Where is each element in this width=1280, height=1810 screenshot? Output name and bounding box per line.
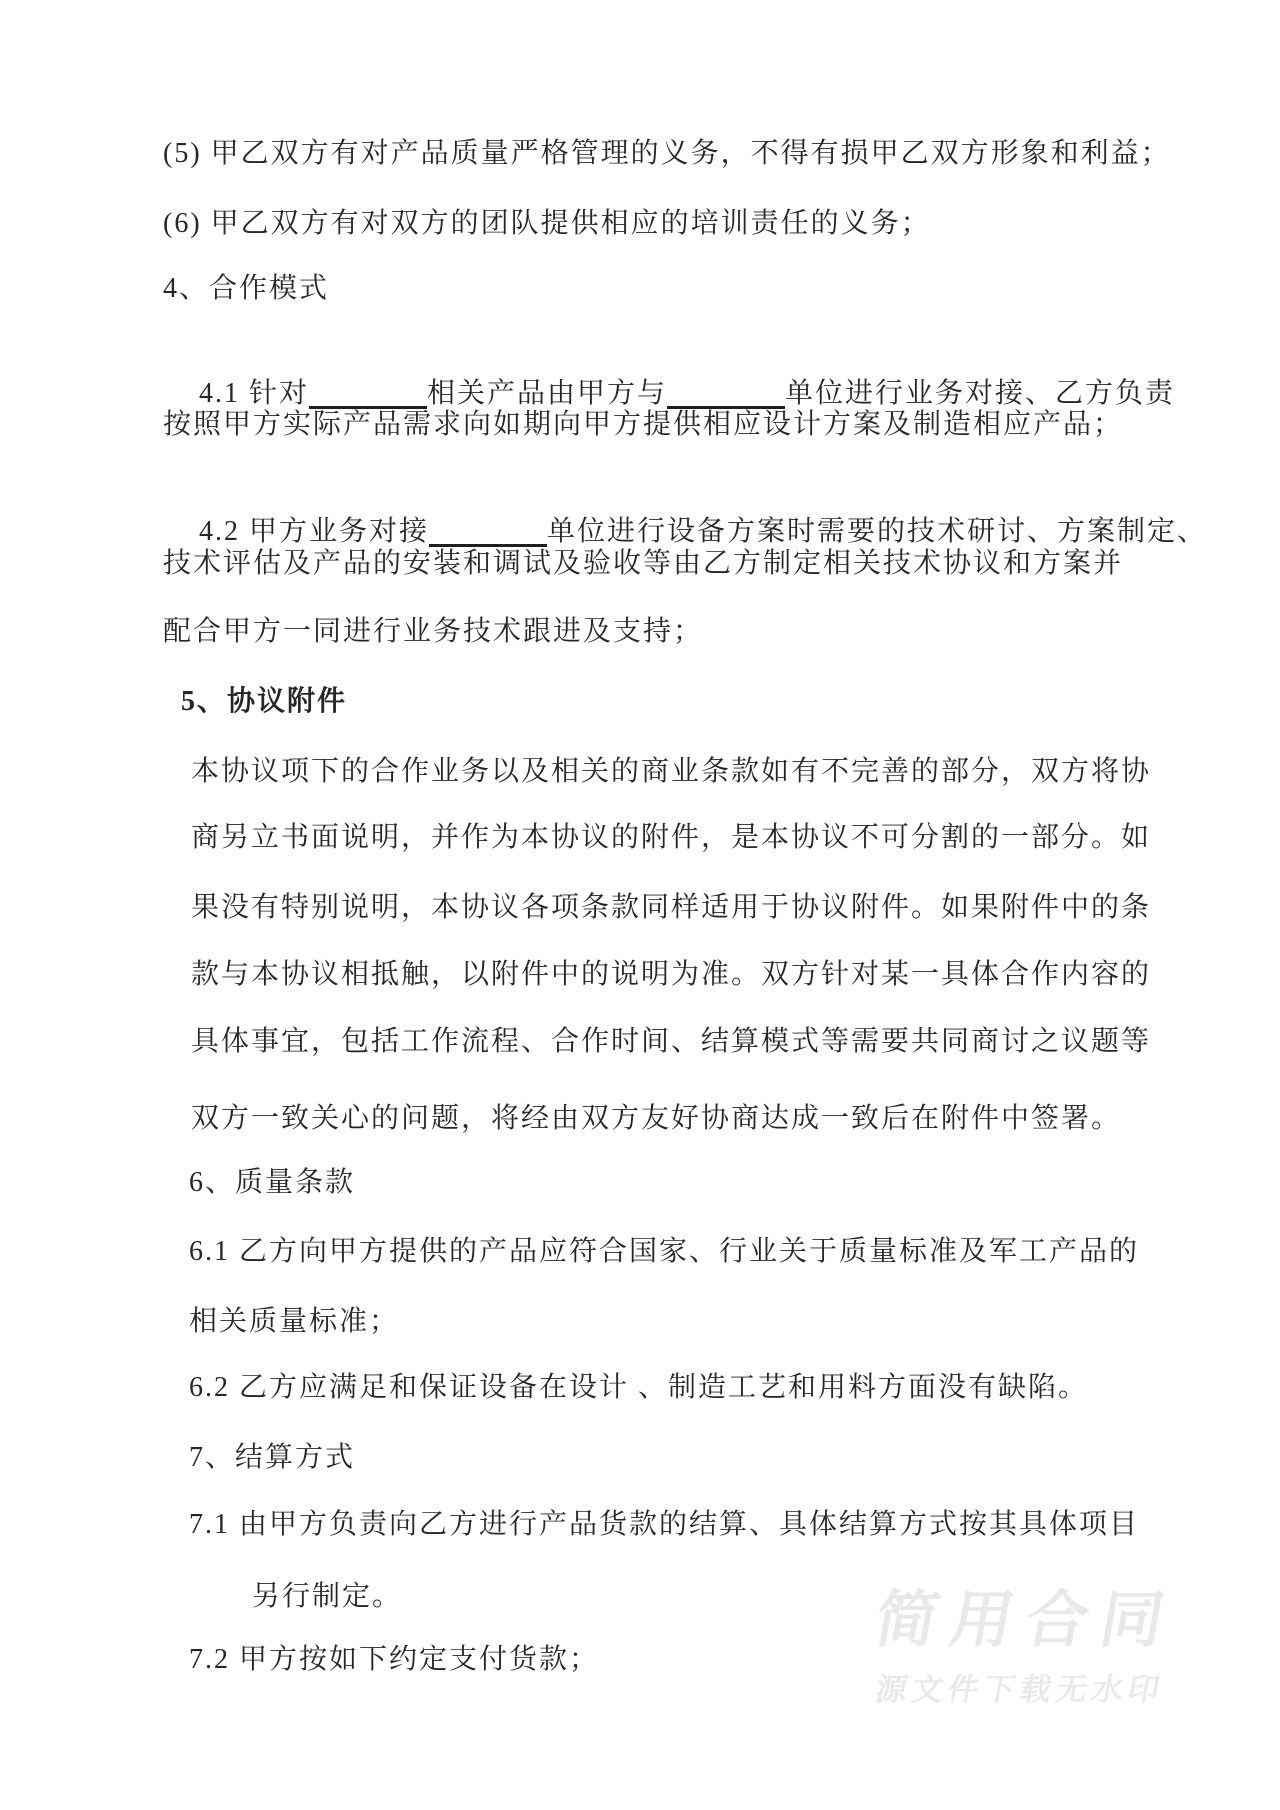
watermark-title: 简用合同 bbox=[870, 1586, 1182, 1656]
clause-7-2: 7.2 甲方按如下约定支付货款； bbox=[189, 1643, 599, 1677]
clause-item-5: (5) 甲乙双方有对产品质量严格管理的义务，不得有损甲乙双方形象和利益； bbox=[163, 137, 1171, 171]
clause-4-1-line-2: 按照甲方实际产品需求向如期向甲方提供相应设计方案及制造相应产品； bbox=[163, 408, 1123, 442]
section-4-heading: 4、合作模式 bbox=[163, 272, 329, 306]
section-5-body-line-1: 本协议项下的合作业务以及相关的商业条款如有不完善的部分，双方将协 bbox=[191, 755, 1151, 789]
clause-6-1-line-1: 6.1 乙方向甲方提供的产品应符合国家、行业关于质量标准及军工产品的 bbox=[189, 1235, 1139, 1269]
section-5-body-line-4: 款与本协议相抵触，以附件中的说明为准。双方针对某一具体合作内容的 bbox=[191, 958, 1151, 992]
clause-7-1-line-1: 7.1 由甲方负责向乙方进行产品货款的结算、具体结算方式按其具体项目 bbox=[189, 1508, 1139, 1542]
clause-4-1-text-2: 相关产品由甲方与 bbox=[427, 378, 667, 409]
clause-4-2-line-3: 配合甲方一同进行业务技术跟进及支持； bbox=[163, 615, 703, 649]
section-7-heading: 7、结算方式 bbox=[189, 1441, 355, 1475]
clause-item-6: (6) 甲乙双方有对双方的团队提供相应的培训责任的义务； bbox=[163, 207, 931, 241]
section-5-body-line-2: 商另立书面说明，并作为本协议的附件，是本协议不可分割的一部分。如 bbox=[191, 821, 1151, 855]
clause-6-2: 6.2 乙方应满足和保证设备在设计 、制造工艺和用料方面没有缺陷。 bbox=[189, 1371, 1088, 1405]
clause-4-1-text-1: 4.1 针对 bbox=[199, 378, 309, 409]
section-5-body-line-3: 果没有特别说明，本协议各项条款同样适用于协议附件。如果附件中的条 bbox=[191, 891, 1151, 925]
clause-7-1-line-2: 另行制定。 bbox=[252, 1580, 402, 1614]
watermark-subtitle: 源文件下载无水印 bbox=[873, 1672, 1167, 1708]
clause-6-1-line-2: 相关质量标准； bbox=[189, 1305, 399, 1339]
section-5-heading: 5、协议附件 bbox=[181, 685, 347, 719]
section-5-body-line-6: 双方一致关心的问题，将经由双方友好协商达成一致后在附件中签署。 bbox=[191, 1102, 1121, 1136]
contract-page: (5) 甲乙双方有对产品质量严格管理的义务，不得有损甲乙双方形象和利益； (6)… bbox=[0, 0, 1280, 1810]
section-6-heading: 6、质量条款 bbox=[189, 1166, 355, 1200]
clause-4-2-text-2: 单位进行设备方案时需要的技术研讨、方案制定、 bbox=[547, 516, 1207, 547]
clause-4-1-text-3: 单位进行业务对接、乙方负责 bbox=[785, 378, 1175, 409]
clause-4-2-line-2: 技术评估及产品的安装和调试及验收等由乙方制定相关技术协议和方案并 bbox=[163, 547, 1123, 581]
clause-4-2-text-1: 4.2 甲方业务对接 bbox=[199, 516, 429, 547]
section-5-body-line-5: 具体事宜，包括工作流程、合作时间、结算模式等需要共同商讨之议题等 bbox=[191, 1025, 1151, 1059]
